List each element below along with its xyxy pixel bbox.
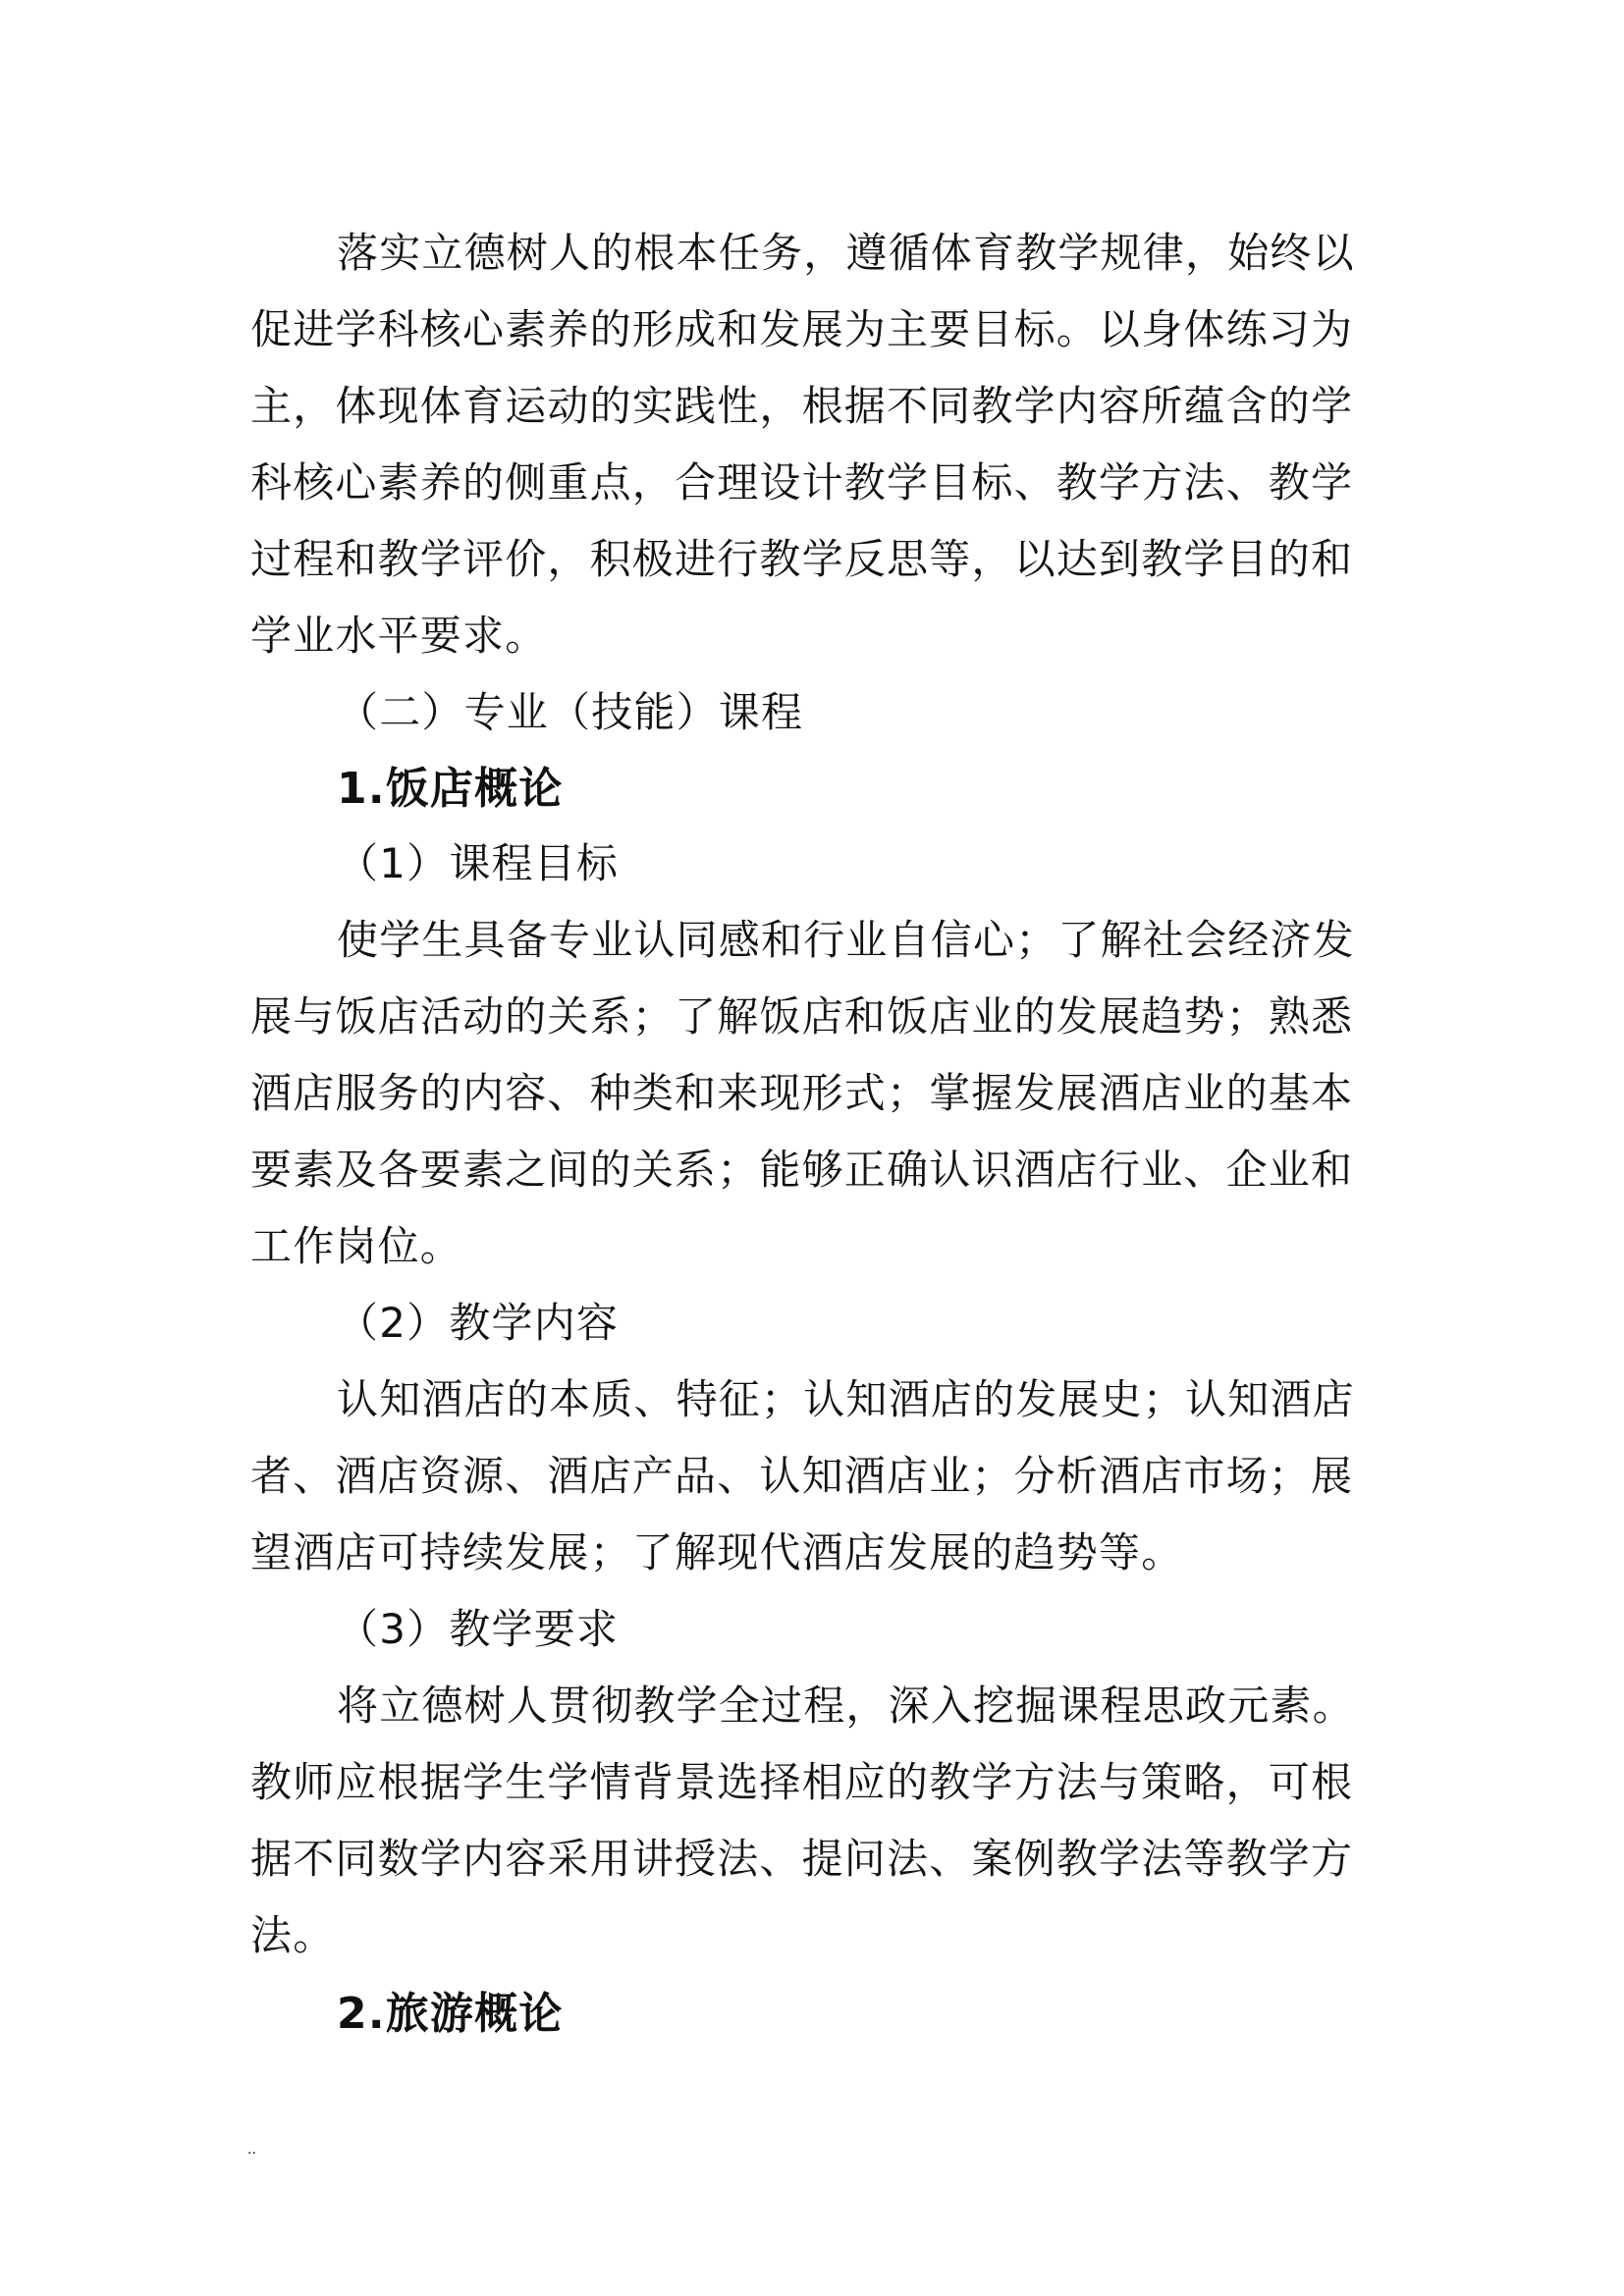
text-line: 使学生具备专业认同感和行业自信心；了解社会经济发: [337, 913, 1355, 968]
text-line: 酒店服务的内容、种类和来现形式；掌握发展酒店业的基本: [250, 1066, 1353, 1121]
text-line: 展与饭店活动的关系；了解饭店和饭店业的发展趋势；熟悉: [250, 989, 1353, 1044]
text-line: 促进学科核心素养的形成和发展为主要目标。以身体练习为: [250, 302, 1353, 357]
text-line: （3）教学要求: [337, 1602, 619, 1657]
text-line: 认知酒店的本质、特征；认知酒店的发展史；认知酒店: [337, 1372, 1355, 1427]
text-line: 过程和教学评价，积极进行教学反思等，以达到教学目的和: [250, 532, 1353, 587]
text-line: 落实立德树人的根本任务，遵循体育教学规律，始终以: [337, 226, 1355, 281]
text-line: 学业水平要求。: [250, 609, 547, 664]
text-line: 者、酒店资源、酒店产品、认知酒店业；分析酒店市场；展: [250, 1449, 1353, 1504]
text-line: （2）教学内容: [337, 1296, 619, 1351]
footer-mark: ..: [247, 2143, 256, 2157]
section-heading: 1.饭店概论: [337, 762, 564, 817]
text-line: （二）专业（技能）课程: [337, 685, 803, 740]
text-line: 法。: [250, 1908, 335, 1963]
text-line: 将立德树人贯彻教学全过程，深入挖掘课程思政元素。: [337, 1679, 1355, 1734]
text-line: 教师应根据学生学情背景选择相应的教学方法与策略，可根: [250, 1755, 1353, 1810]
text-line: （1）课程目标: [337, 836, 619, 891]
text-line: 要素及各要素之间的关系；能够正确认识酒店行业、企业和: [250, 1143, 1353, 1198]
text-line: 据不同数学内容采用讲授法、提问法、案例教学法等教学方: [250, 1832, 1353, 1887]
text-line: 望酒店可持续发展；了解现代酒店发展的趋势等。: [250, 1525, 1183, 1580]
text-line: 主，体现体育运动的实践性，根据不同教学内容所蕴含的学: [250, 379, 1353, 434]
text-line: 科核心素养的侧重点，合理设计教学目标、教学方法、教学: [250, 455, 1353, 510]
section-heading: 2.旅游概论: [337, 1987, 564, 2042]
text-line: 工作岗位。: [250, 1219, 462, 1274]
